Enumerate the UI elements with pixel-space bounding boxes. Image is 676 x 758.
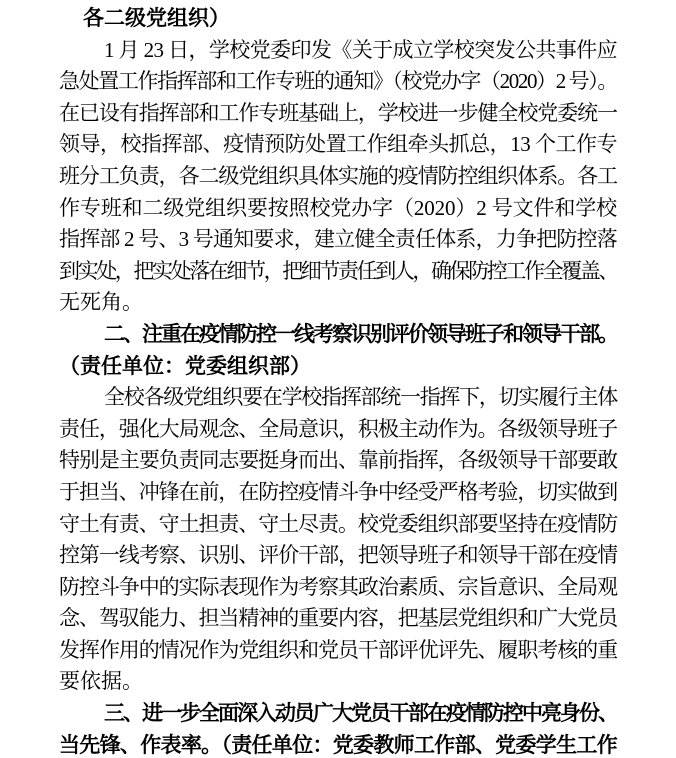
body-text-line: 班分工负责，各二级党组织具体实施的疫情防控组织体系。各工 xyxy=(59,161,617,193)
text-line-content: 各二级党组织） xyxy=(83,3,230,35)
body-text-line: 于担当、冲锋在前，在防控疫情斗争中经受严格考验，切实做到 xyxy=(59,477,617,509)
heading-text-line: 二、注重在疫情防控一线考察识别评价领导班子和领导干部。 xyxy=(59,319,617,351)
body-text-line: 发挥作用的情况作为党组织和党员干部评优评先、履职考核的重 xyxy=(59,635,617,667)
body-text-line: 在已设有指挥部和工作专班基础上，学校进一步健全校党委统一 xyxy=(59,98,617,130)
text-line-content: 守土有责、守土担责、守土尽责。校党委组织部要坚持在疫情防 xyxy=(59,509,617,541)
body-text-line: 1 月 23 日，学校党委印发《关于成立学校突发公共事件应 xyxy=(59,35,617,67)
body-text-line: 无死角。 xyxy=(59,287,617,319)
document-page: 各二级党组织）1 月 23 日，学校党委印发《关于成立学校突发公共事件应急处置工… xyxy=(0,0,676,758)
text-line-content: 指挥部 2 号、3 号通知要求，建立健全责任体系，力争把防控落 xyxy=(59,224,617,256)
heading-text-line: 三、进一步全面深入动员广大党员干部在疫情防控中亮身份、 xyxy=(59,698,617,730)
body-text-line: 防控斗争中的实际表现作为考察其政治素质、宗旨意识、全局观 xyxy=(59,572,617,604)
text-line-content: 当先锋、作表率。（责任单位：党委教师工作部、党委学生工作 xyxy=(59,730,617,758)
body-text-line: 指挥部 2 号、3 号通知要求，建立健全责任体系，力争把防控落 xyxy=(59,224,617,256)
text-line-content: 到实处，把实处落在细节，把细节责任到人，确保防控工作全覆盖、 xyxy=(59,256,617,288)
heading-text-line: （责任单位：党委组织部） xyxy=(59,351,617,383)
text-line-content: 要依据。 xyxy=(59,666,143,698)
text-line-content: 领导，校指挥部、疫情预防处置工作组牵头抓总，13 个工作专 xyxy=(59,129,617,161)
text-line-content: 防控斗争中的实际表现作为考察其政治素质、宗旨意识、全局观 xyxy=(59,572,617,604)
text-line-content: 无死角。 xyxy=(59,287,143,319)
text-line-content: 特别是主要负责同志要挺身而出、靠前指挥，各级领导干部要敢 xyxy=(59,445,617,477)
text-line-content: 三、进一步全面深入动员广大党员干部在疫情防控中亮身份、 xyxy=(104,698,617,730)
document-text-block: 各二级党组织）1 月 23 日，学校党委印发《关于成立学校突发公共事件应急处置工… xyxy=(59,3,617,758)
body-text-line: 急处置工作指挥部和工作专班的通知》（校党办字（2020）2 号）。 xyxy=(59,66,617,98)
body-text-line: 作专班和二级党组织要按照校党办字（2020）2 号文件和学校 xyxy=(59,193,617,225)
body-text-line: 控第一线考察、识别、评价干部，把领导班子和领导干部在疫情 xyxy=(59,540,617,572)
heading-text-line: 各二级党组织） xyxy=(59,3,617,35)
text-line-content: 班分工负责，各二级党组织具体实施的疫情防控组织体系。各工 xyxy=(59,161,617,193)
body-text-line: 到实处，把实处落在细节，把细节责任到人，确保防控工作全覆盖、 xyxy=(59,256,617,288)
text-line-content: 1 月 23 日，学校党委印发《关于成立学校突发公共事件应 xyxy=(104,35,617,67)
text-line-content: 二、注重在疫情防控一线考察识别评价领导班子和领导干部。 xyxy=(104,319,617,351)
body-text-line: 全校各级党组织要在学校指挥部统一指挥下，切实履行主体 xyxy=(59,382,617,414)
text-line-content: 发挥作用的情况作为党组织和党员干部评优评先、履职考核的重 xyxy=(59,635,617,667)
text-line-content: 控第一线考察、识别、评价干部，把领导班子和领导干部在疫情 xyxy=(59,540,617,572)
body-text-line: 念、驾驭能力、担当精神的重要内容，把基层党组织和广大党员 xyxy=(59,603,617,635)
text-line-content: 急处置工作指挥部和工作专班的通知》（校党办字（2020）2 号）。 xyxy=(59,66,617,98)
heading-text-line: 当先锋、作表率。（责任单位：党委教师工作部、党委学生工作 xyxy=(59,730,617,758)
body-text-line: 领导，校指挥部、疫情预防处置工作组牵头抓总，13 个工作专 xyxy=(59,129,617,161)
text-line-content: 在已设有指挥部和工作专班基础上，学校进一步健全校党委统一 xyxy=(59,98,617,130)
text-line-content: （责任单位：党委组织部） xyxy=(59,351,311,383)
body-text-line: 守土有责、守土担责、守土尽责。校党委组织部要坚持在疫情防 xyxy=(59,509,617,541)
text-line-content: 念、驾驭能力、担当精神的重要内容，把基层党组织和广大党员 xyxy=(59,603,617,635)
body-text-line: 责任，强化大局观念、全局意识，积极主动作为。各级领导班子 xyxy=(59,414,617,446)
text-line-content: 作专班和二级党组织要按照校党办字（2020）2 号文件和学校 xyxy=(59,193,617,225)
text-line-content: 全校各级党组织要在学校指挥部统一指挥下，切实履行主体 xyxy=(104,382,617,414)
body-text-line: 特别是主要负责同志要挺身而出、靠前指挥，各级领导干部要敢 xyxy=(59,445,617,477)
body-text-line: 要依据。 xyxy=(59,666,617,698)
text-line-content: 责任，强化大局观念、全局意识，积极主动作为。各级领导班子 xyxy=(59,414,617,446)
text-line-content: 于担当、冲锋在前，在防控疫情斗争中经受严格考验，切实做到 xyxy=(59,477,617,509)
